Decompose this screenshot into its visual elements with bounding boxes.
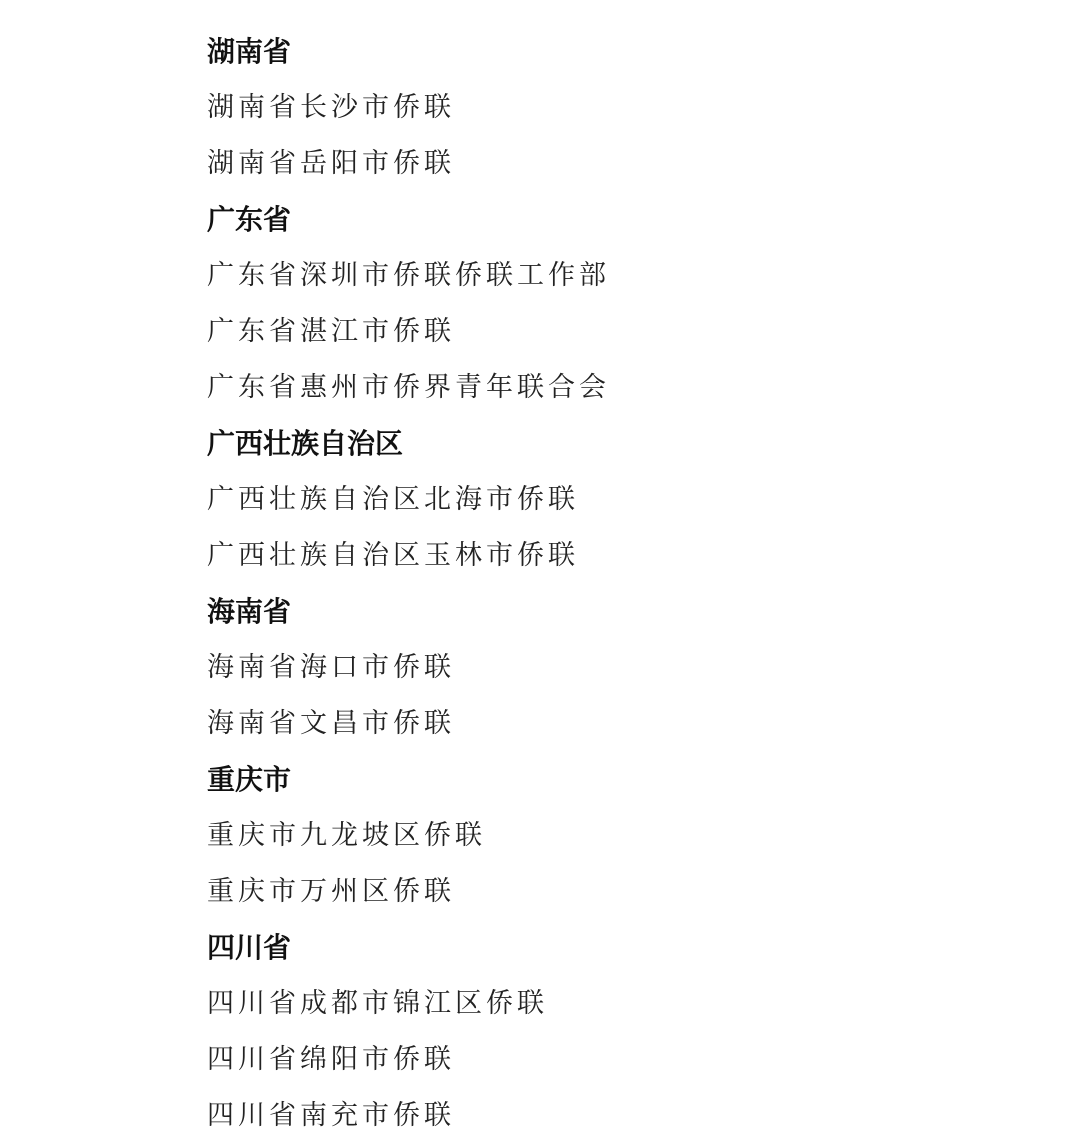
list-item: 湖南省岳阳市侨联 <box>207 136 1067 192</box>
list-item: 广东省惠州市侨界青年联合会 <box>207 360 1067 416</box>
list-item: 四川省成都市锦江区侨联 <box>207 976 1067 1032</box>
document-body: 湖南省 湖南省长沙市侨联 湖南省岳阳市侨联 广东省 广东省深圳市侨联侨联工作部 … <box>207 24 1067 1144</box>
section-heading: 广东省 <box>207 192 1067 248</box>
list-item: 广东省湛江市侨联 <box>207 304 1067 360</box>
section-hunan: 湖南省 湖南省长沙市侨联 湖南省岳阳市侨联 <box>207 24 1067 192</box>
list-item: 四川省绵阳市侨联 <box>207 1032 1067 1088</box>
section-sichuan: 四川省 四川省成都市锦江区侨联 四川省绵阳市侨联 四川省南充市侨联 <box>207 920 1067 1144</box>
section-heading: 重庆市 <box>207 752 1067 808</box>
list-item: 海南省文昌市侨联 <box>207 696 1067 752</box>
list-item: 湖南省长沙市侨联 <box>207 80 1067 136</box>
list-item: 广东省深圳市侨联侨联工作部 <box>207 248 1067 304</box>
section-heading: 四川省 <box>207 920 1067 976</box>
list-item: 四川省南充市侨联 <box>207 1088 1067 1144</box>
section-guangdong: 广东省 广东省深圳市侨联侨联工作部 广东省湛江市侨联 广东省惠州市侨界青年联合会 <box>207 192 1067 416</box>
list-item: 海南省海口市侨联 <box>207 640 1067 696</box>
section-heading: 广西壮族自治区 <box>207 416 1067 472</box>
section-heading: 湖南省 <box>207 24 1067 80</box>
section-hainan: 海南省 海南省海口市侨联 海南省文昌市侨联 <box>207 584 1067 752</box>
list-item: 重庆市万州区侨联 <box>207 864 1067 920</box>
section-guangxi: 广西壮族自治区 广西壮族自治区北海市侨联 广西壮族自治区玉林市侨联 <box>207 416 1067 584</box>
section-chongqing: 重庆市 重庆市九龙坡区侨联 重庆市万州区侨联 <box>207 752 1067 920</box>
list-item: 广西壮族自治区北海市侨联 <box>207 472 1067 528</box>
section-heading: 海南省 <box>207 584 1067 640</box>
list-item: 重庆市九龙坡区侨联 <box>207 808 1067 864</box>
list-item: 广西壮族自治区玉林市侨联 <box>207 528 1067 584</box>
